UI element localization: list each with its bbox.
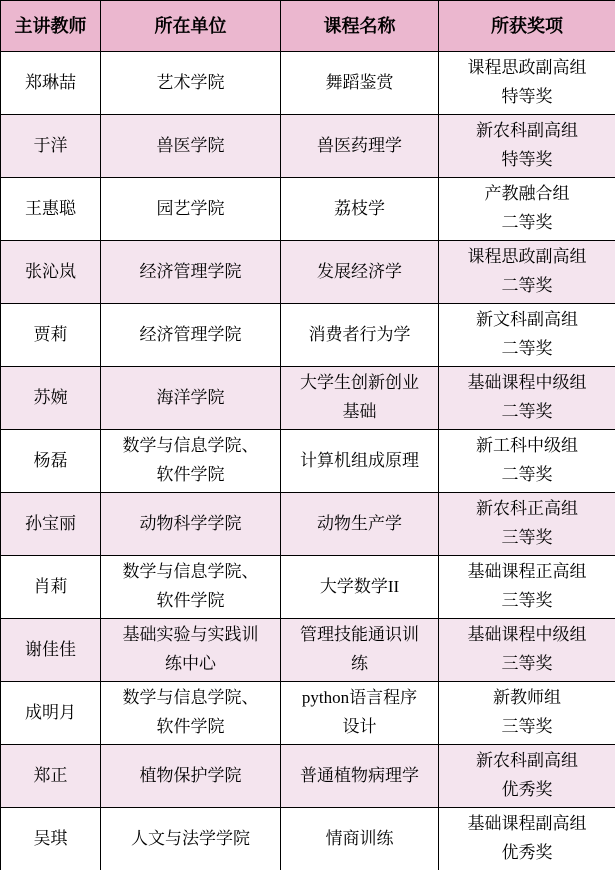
award-cell: 基础课程正高组 三等奖 <box>439 556 615 619</box>
teacher-cell: 郑琳喆 <box>1 52 101 115</box>
unit-cell: 人文与法学学院 <box>101 808 281 870</box>
teacher-cell: 杨磊 <box>1 430 101 493</box>
unit-cell: 基础实验与实践训 练中心 <box>101 619 281 682</box>
table-row: 于洋兽医学院兽医药理学新农科副高组 特等奖 <box>1 115 615 178</box>
course-cell: 计算机组成原理 <box>281 430 439 493</box>
award-cell: 基础课程中级组 三等奖 <box>439 619 615 682</box>
header-cell-course: 课程名称 <box>281 1 439 52</box>
course-cell: 大学数学II <box>281 556 439 619</box>
course-cell: 普通植物病理学 <box>281 745 439 808</box>
teacher-cell: 苏婉 <box>1 367 101 430</box>
table-row: 张沁岚经济管理学院发展经济学课程思政副高组 二等奖 <box>1 241 615 304</box>
unit-cell: 动物科学学院 <box>101 493 281 556</box>
table-row: 孙宝丽动物科学学院动物生产学新农科正高组 三等奖 <box>1 493 615 556</box>
header-cell-award: 所获奖项 <box>439 1 615 52</box>
unit-cell: 兽医学院 <box>101 115 281 178</box>
unit-cell: 园艺学院 <box>101 178 281 241</box>
award-cell: 新工科中级组 二等奖 <box>439 430 615 493</box>
table-row: 贾莉经济管理学院消费者行为学新文科副高组 二等奖 <box>1 304 615 367</box>
award-cell: 新教师组 三等奖 <box>439 682 615 745</box>
header-row: 主讲教师 所在单位 课程名称 所获奖项 <box>1 1 615 52</box>
teacher-cell: 肖莉 <box>1 556 101 619</box>
table-row: 苏婉海洋学院大学生创新创业 基础基础课程中级组 二等奖 <box>1 367 615 430</box>
award-cell: 基础课程中级组 二等奖 <box>439 367 615 430</box>
table-row: 郑正植物保护学院普通植物病理学新农科副高组 优秀奖 <box>1 745 615 808</box>
course-cell: 大学生创新创业 基础 <box>281 367 439 430</box>
unit-cell: 海洋学院 <box>101 367 281 430</box>
award-cell: 新农科副高组 优秀奖 <box>439 745 615 808</box>
unit-cell: 艺术学院 <box>101 52 281 115</box>
award-cell: 新农科正高组 三等奖 <box>439 493 615 556</box>
course-cell: 管理技能通识训 练 <box>281 619 439 682</box>
teacher-cell: 于洋 <box>1 115 101 178</box>
teacher-cell: 郑正 <box>1 745 101 808</box>
unit-cell: 经济管理学院 <box>101 241 281 304</box>
unit-cell: 数学与信息学院、 软件学院 <box>101 682 281 745</box>
teacher-cell: 谢佳佳 <box>1 619 101 682</box>
teacher-cell: 成明月 <box>1 682 101 745</box>
award-cell: 基础课程副高组 优秀奖 <box>439 808 615 870</box>
table-row: 王惠聪园艺学院荔枝学产教融合组 二等奖 <box>1 178 615 241</box>
course-cell: python语言程序 设计 <box>281 682 439 745</box>
award-cell: 产教融合组 二等奖 <box>439 178 615 241</box>
course-cell: 荔枝学 <box>281 178 439 241</box>
teacher-cell: 孙宝丽 <box>1 493 101 556</box>
teacher-cell: 吴琪 <box>1 808 101 870</box>
course-cell: 动物生产学 <box>281 493 439 556</box>
table-row: 成明月数学与信息学院、 软件学院python语言程序 设计新教师组 三等奖 <box>1 682 615 745</box>
unit-cell: 经济管理学院 <box>101 304 281 367</box>
award-cell: 课程思政副高组 二等奖 <box>439 241 615 304</box>
table-row: 肖莉数学与信息学院、 软件学院大学数学II基础课程正高组 三等奖 <box>1 556 615 619</box>
awards-table: 主讲教师 所在单位 课程名称 所获奖项 郑琳喆艺术学院舞蹈鉴赏课程思政副高组 特… <box>0 0 615 870</box>
header-cell-teacher: 主讲教师 <box>1 1 101 52</box>
table-row: 谢佳佳基础实验与实践训 练中心管理技能通识训 练基础课程中级组 三等奖 <box>1 619 615 682</box>
course-cell: 发展经济学 <box>281 241 439 304</box>
table-row: 杨磊数学与信息学院、 软件学院计算机组成原理新工科中级组 二等奖 <box>1 430 615 493</box>
unit-cell: 数学与信息学院、 软件学院 <box>101 430 281 493</box>
unit-cell: 植物保护学院 <box>101 745 281 808</box>
award-cell: 课程思政副高组 特等奖 <box>439 52 615 115</box>
teacher-cell: 王惠聪 <box>1 178 101 241</box>
course-cell: 消费者行为学 <box>281 304 439 367</box>
header-cell-unit: 所在单位 <box>101 1 281 52</box>
award-cell: 新农科副高组 特等奖 <box>439 115 615 178</box>
teacher-cell: 贾莉 <box>1 304 101 367</box>
table-row: 郑琳喆艺术学院舞蹈鉴赏课程思政副高组 特等奖 <box>1 52 615 115</box>
teacher-cell: 张沁岚 <box>1 241 101 304</box>
course-cell: 情商训练 <box>281 808 439 870</box>
course-cell: 舞蹈鉴赏 <box>281 52 439 115</box>
course-cell: 兽医药理学 <box>281 115 439 178</box>
table-row: 吴琪人文与法学学院情商训练基础课程副高组 优秀奖 <box>1 808 615 870</box>
award-cell: 新文科副高组 二等奖 <box>439 304 615 367</box>
unit-cell: 数学与信息学院、 软件学院 <box>101 556 281 619</box>
